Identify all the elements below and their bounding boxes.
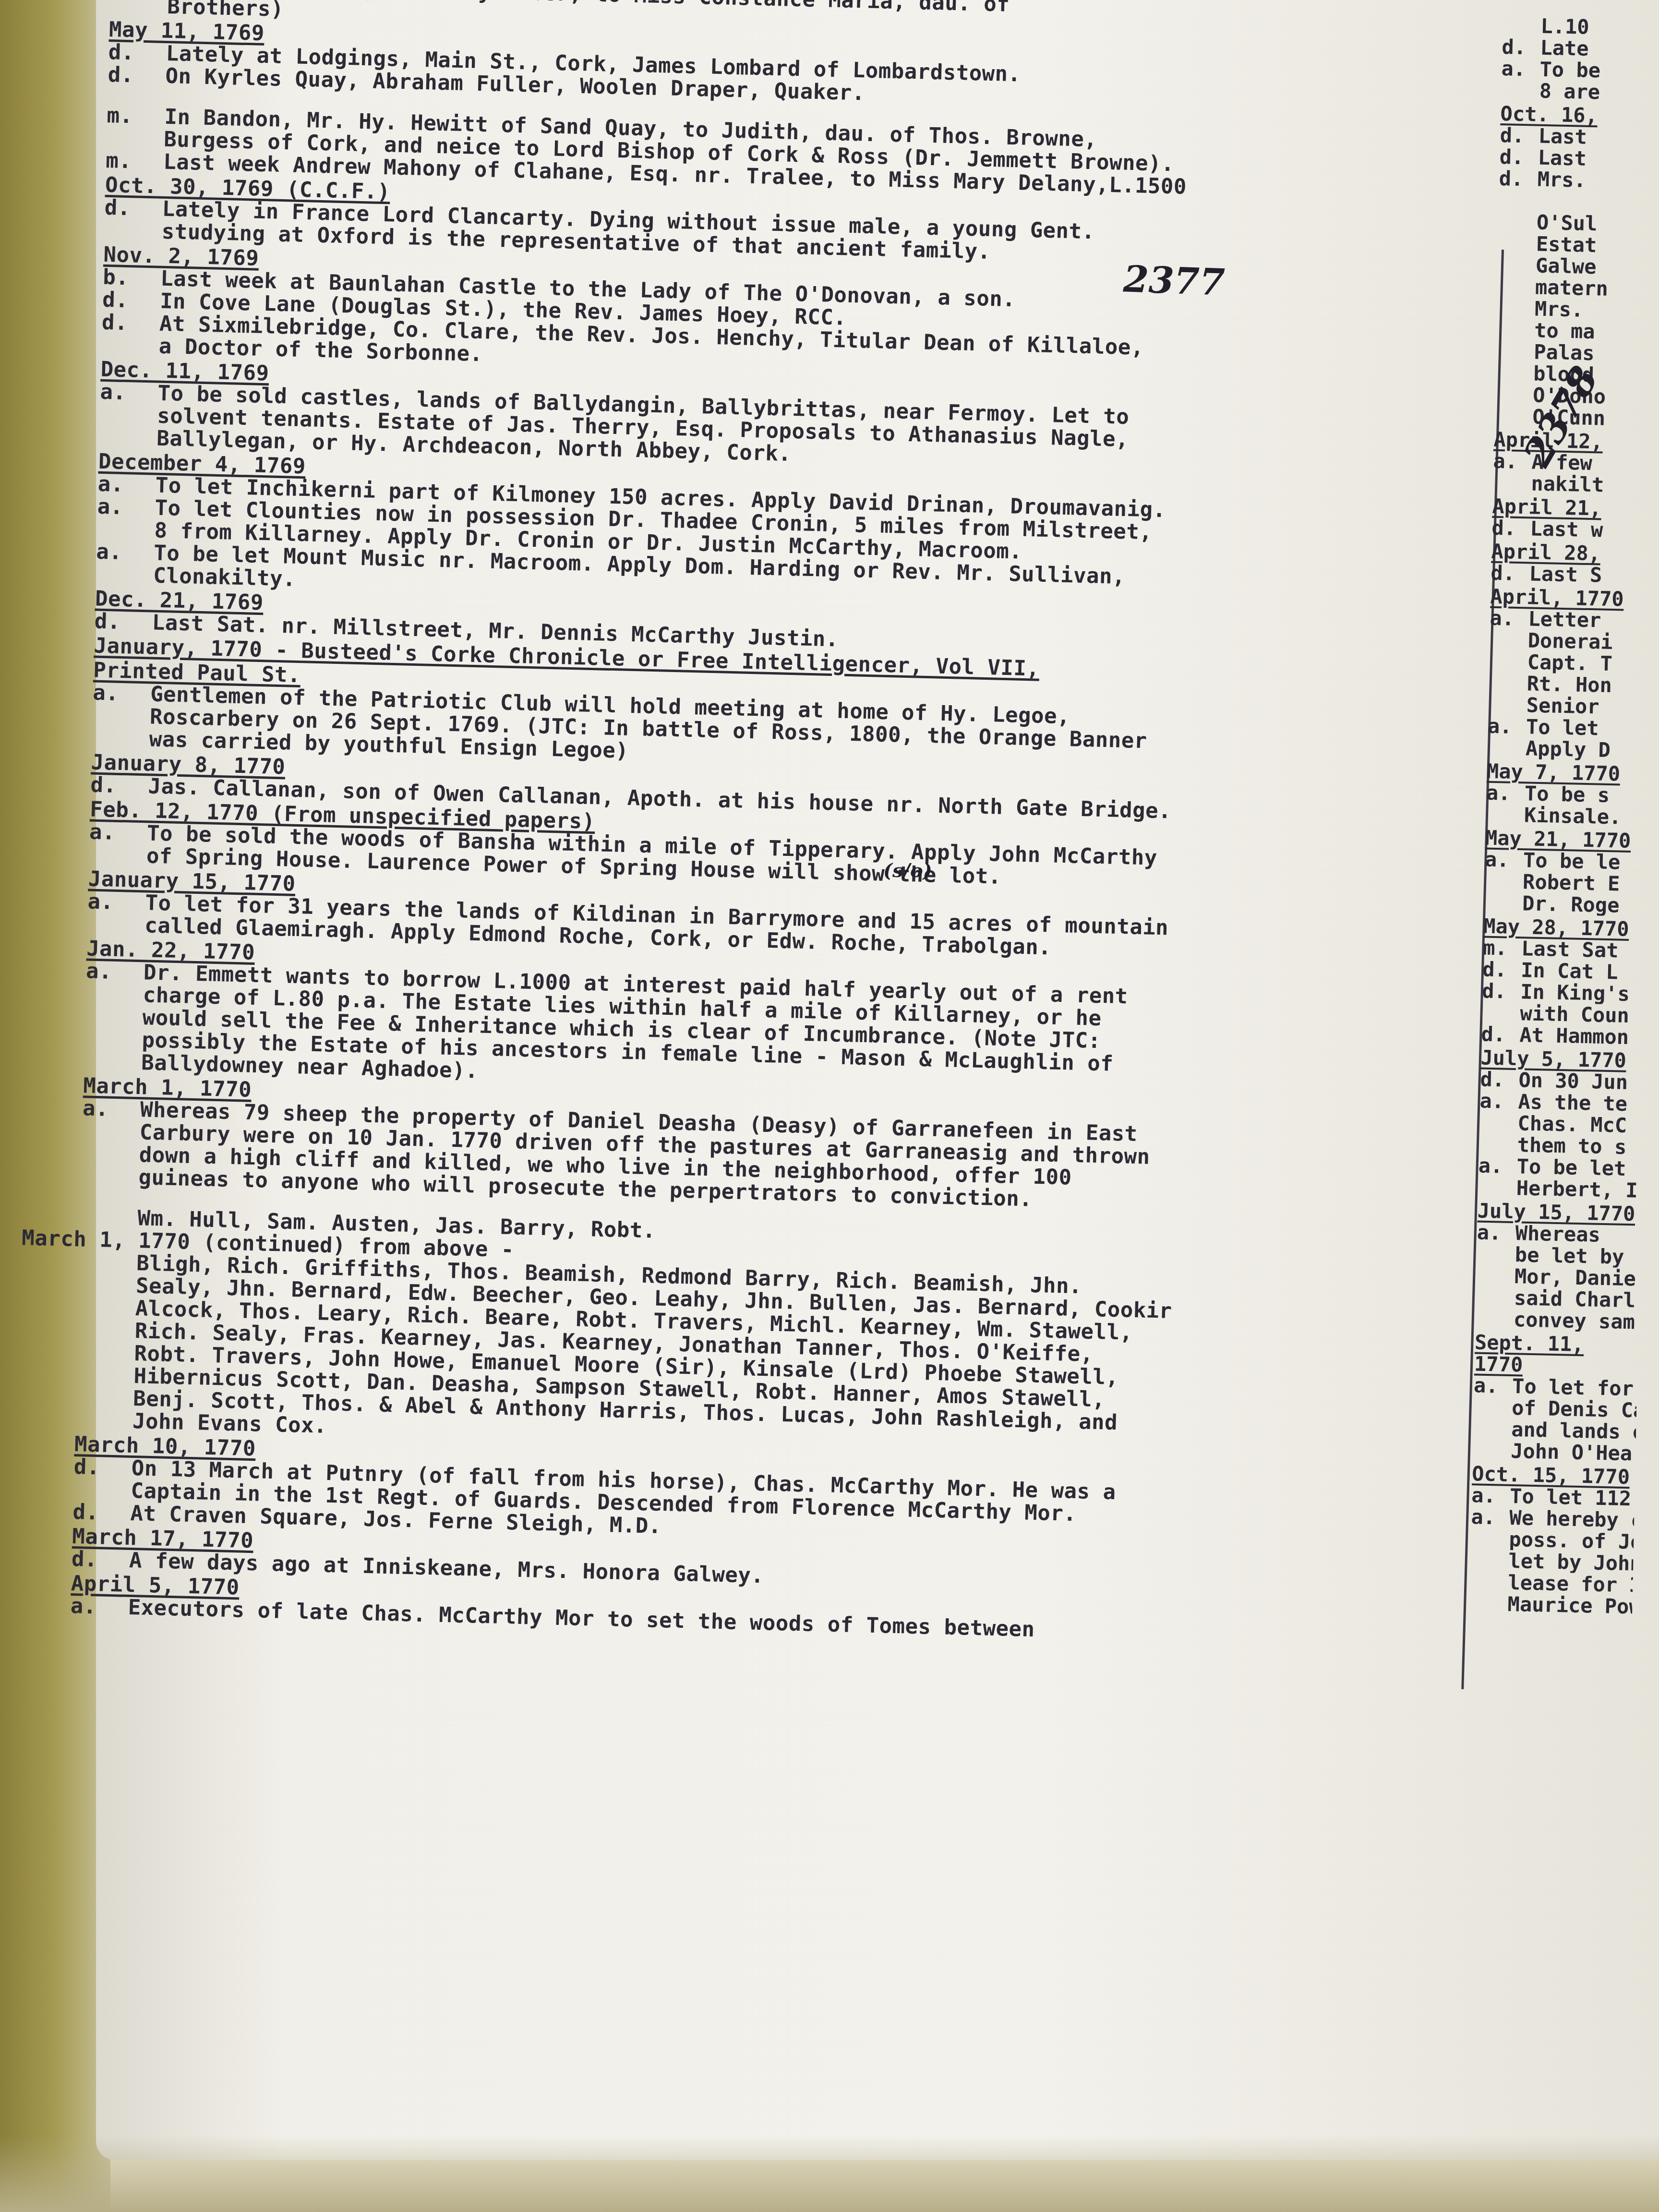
page-edge	[0, 2135, 1659, 2212]
entry-type-tag: a.	[100, 381, 158, 405]
entry-line: d.In Cat L	[1482, 959, 1646, 984]
entry-type-tag	[1494, 384, 1533, 406]
entry-line: a.Whereas	[1477, 1221, 1640, 1246]
entry-type-tag: d.	[94, 610, 152, 634]
entry-type-tag: a.	[96, 541, 154, 565]
entry-text: Robert E	[1523, 871, 1648, 895]
entry-line	[1498, 189, 1659, 214]
entry-text: To be s	[1525, 782, 1650, 806]
entry-type-tag: d.	[1502, 36, 1540, 59]
handwritten-annotation: (s/o)	[883, 859, 932, 882]
entry-line: Estat	[1498, 232, 1659, 257]
entry-line: be let by	[1476, 1243, 1640, 1268]
entry-text: with Coun	[1520, 1002, 1645, 1026]
entry-type-tag: d.	[1481, 1023, 1520, 1046]
entry-text: John O'Hea.	[1511, 1440, 1636, 1464]
main-column: Andrew Armstrong of Ballyoumber, to Miss…	[70, 0, 1492, 1651]
entry-text: them to s	[1517, 1134, 1642, 1158]
entry-type-tag	[1498, 211, 1537, 233]
entry-type-tag: d.	[72, 1548, 130, 1572]
entry-type-tag	[75, 1386, 133, 1410]
entry-type-tag: d.	[90, 774, 148, 798]
entry-text: of Denis Ca	[1512, 1397, 1637, 1421]
entry-type-tag	[1488, 672, 1527, 695]
entry-line: m.Last Sat	[1483, 937, 1647, 962]
entry-type-tag: d.	[1480, 1069, 1519, 1091]
entry-type-tag: a.	[83, 1097, 141, 1121]
entry-type-tag	[91, 727, 149, 751]
entry-type-tag: d.	[1499, 146, 1538, 168]
entry-text: To let	[1526, 716, 1651, 740]
entry-text: Last Sat	[1521, 938, 1647, 962]
entry-text: To be let	[1516, 1155, 1642, 1179]
entry-line: matern	[1497, 276, 1659, 301]
entry-type-tag: m.	[106, 149, 164, 173]
entry-type-tag	[1489, 629, 1528, 651]
entry-text: Maurice Powe	[1507, 1593, 1633, 1617]
entry-type-tag: a.	[70, 1595, 128, 1619]
entry-line: Apply D	[1487, 737, 1651, 762]
entry-text: Palas	[1534, 341, 1659, 365]
entry-text: be let by	[1515, 1244, 1640, 1268]
entry-type-tag	[104, 219, 162, 243]
entry-type-tag	[92, 704, 150, 728]
entry-line: said Charl	[1476, 1286, 1639, 1311]
entry-type-tag: d.	[72, 1501, 131, 1525]
entry-text: On 30 Jun	[1518, 1069, 1644, 1093]
entry-type-tag	[76, 1363, 134, 1387]
entry-line: Herbert, I	[1478, 1176, 1641, 1201]
entry-type-tag	[81, 1165, 139, 1189]
entry-text: let by John	[1508, 1550, 1634, 1574]
handwritten-page-number: 2377	[1123, 257, 1226, 303]
entry-line: to ma	[1496, 319, 1659, 344]
entry-line: d.On 30 Jun	[1480, 1069, 1644, 1094]
entry-type-tag	[76, 1341, 134, 1365]
entry-type-tag: d.	[102, 289, 160, 313]
entry-line: John O'Hea.	[1472, 1439, 1636, 1464]
entry-type-tag	[77, 1296, 135, 1320]
entry-type-tag	[99, 426, 157, 450]
entry-type-tag	[1473, 1418, 1512, 1440]
entry-line: d.Last S	[1491, 562, 1654, 587]
entry-type-tag	[1475, 1308, 1514, 1330]
entry-line: Donerai	[1489, 629, 1653, 654]
entry-text: Last	[1538, 147, 1659, 171]
entry-text: L.10	[1540, 15, 1659, 39]
entry-type-tag: a.	[86, 960, 144, 984]
entry-type-tag	[1489, 650, 1527, 673]
entry-type-tag	[1494, 405, 1533, 428]
entry-type-tag	[101, 334, 159, 358]
entry-type-tag	[1473, 1396, 1512, 1419]
entry-type-tag: a.	[1478, 1154, 1517, 1177]
entry-type-tag	[1496, 319, 1535, 341]
entry-type-tag	[1476, 1264, 1515, 1287]
entry-line: d.In King's	[1482, 980, 1646, 1005]
entry-text: and lands o	[1511, 1419, 1636, 1443]
entry-type-tag: d.	[102, 311, 160, 335]
entry-type-tag	[77, 1318, 135, 1342]
entry-type-tag	[99, 403, 157, 427]
entry-text: As the te	[1518, 1091, 1643, 1115]
entry-type-tag: a.	[97, 473, 156, 497]
entry-type-tag	[1498, 232, 1537, 255]
entry-text: To be	[1539, 59, 1659, 83]
entry: Wm. Hull, Sam. Austen, Jas. Barry, Robt.…	[75, 1205, 1463, 1465]
entry-text: 8 are	[1539, 80, 1659, 104]
entry-text: matern	[1535, 276, 1659, 301]
entry-text	[1537, 190, 1659, 214]
entry-text: To be le	[1523, 849, 1648, 873]
entry-type-tag	[1470, 1527, 1509, 1550]
entry-type-tag	[1486, 804, 1525, 826]
entry-type-tag	[1469, 1571, 1508, 1593]
entry-text: To let 112	[1510, 1485, 1635, 1509]
entry-type-tag	[1488, 694, 1527, 716]
entry-text: Mrs.	[1537, 168, 1659, 192]
entry-line: d.Mrs.	[1499, 168, 1659, 192]
entry-text: Galwe	[1536, 255, 1659, 279]
entry-type-tag	[1479, 1133, 1517, 1155]
entry-type-tag	[80, 1205, 138, 1229]
entry-type-tag	[85, 982, 143, 1006]
entry-text: said Charl	[1514, 1287, 1639, 1311]
entry-line: a.We hereby c	[1471, 1506, 1635, 1531]
entry-line: of Denis Ca	[1473, 1396, 1637, 1421]
entry-text: to ma	[1534, 320, 1659, 344]
entry-type-tag	[1472, 1439, 1511, 1462]
entry-line: Palas	[1495, 340, 1659, 365]
entry-type-tag: a.	[1474, 1374, 1513, 1397]
entry-line: d.Last w	[1491, 517, 1655, 542]
entry-type-tag	[1497, 276, 1536, 298]
entry-type-tag: a.	[1487, 715, 1526, 738]
entry-line: Rt. Hon	[1488, 672, 1652, 697]
entry-line: poss. of Jo	[1470, 1527, 1634, 1552]
entry-line: d.At Hammon	[1481, 1023, 1645, 1048]
entry-type-tag: a.	[93, 682, 151, 706]
entry-text: To let for	[1512, 1375, 1637, 1399]
entry-type-tag: a.	[1485, 849, 1524, 871]
entry-text: In King's	[1520, 981, 1646, 1005]
entry-text: Mor, Danie	[1514, 1265, 1639, 1289]
entry-text: Senior	[1526, 694, 1651, 718]
entry-line: Dr. Roge	[1484, 892, 1647, 917]
entry-date: Oct. 16,	[1500, 103, 1598, 126]
entry-text: Estat	[1536, 233, 1659, 257]
entry-type-tag	[96, 518, 155, 542]
entry-type-tag: a.	[97, 495, 155, 519]
entry-type-tag	[87, 913, 145, 937]
entry-type-tag	[1476, 1286, 1515, 1309]
entry-line: convey sam	[1475, 1308, 1639, 1333]
entry-type-tag: a.	[1477, 1221, 1515, 1244]
entry-type-tag: d.	[104, 196, 162, 220]
entry-type-tag: d.	[1482, 959, 1521, 981]
entry-text: O'Sul	[1536, 212, 1659, 236]
entry-type-tag: d.	[1491, 562, 1529, 585]
entry-line: them to s	[1479, 1133, 1642, 1158]
entry-type-tag	[1495, 362, 1534, 385]
entry-type-tag	[1481, 1002, 1520, 1024]
entry-type-tag: d.	[108, 63, 166, 87]
entry-type-tag: d.	[1500, 124, 1539, 147]
entry-text: Mrs.	[1535, 298, 1659, 322]
entry-line: a.Letter	[1490, 607, 1653, 632]
entry-text: Last w	[1530, 517, 1655, 541]
entry-line: Maurice Powe	[1469, 1592, 1633, 1617]
entry-text: Rt. Hon	[1527, 673, 1652, 697]
entry-type-tag: m.	[1483, 937, 1522, 960]
entry-type-tag	[81, 1142, 139, 1166]
entry-type-tag	[84, 1005, 143, 1029]
entry-line: Robert E	[1484, 870, 1648, 895]
entry-line: and lands o	[1473, 1418, 1636, 1443]
entry-line: a.To be let	[1478, 1154, 1642, 1179]
entry-type-tag	[82, 1119, 140, 1143]
entry-text: Kinsale.	[1524, 804, 1649, 828]
entry-date: Sept. 11, 1770	[1474, 1331, 1638, 1378]
entry-type-tag	[1501, 79, 1539, 102]
entry-type-tag: a.	[1471, 1506, 1510, 1528]
entry-type-tag	[79, 1250, 137, 1274]
entry-line: Mrs.	[1496, 297, 1659, 322]
entry-line: Senior	[1488, 694, 1651, 719]
entry-line: Mor, Danie	[1476, 1264, 1640, 1289]
entry-line: lease for 31	[1469, 1571, 1633, 1596]
entry-type-tag	[1470, 1549, 1509, 1572]
entry-type-tag	[1502, 14, 1541, 37]
entry-type-tag: d.	[108, 41, 166, 65]
entry-line: a.As the te	[1479, 1090, 1643, 1115]
entry-text: nakilt	[1531, 472, 1656, 496]
entry-text: Chas. McC	[1517, 1112, 1643, 1136]
entry-type-tag: b.	[103, 266, 161, 290]
entry-type-tag	[1496, 297, 1535, 320]
entry-type-tag: a.	[1471, 1484, 1510, 1507]
entry-line: a.To be	[1501, 58, 1659, 83]
entry-text: Dr. Roge	[1522, 892, 1647, 916]
entry-type-tag	[1476, 1243, 1515, 1265]
entry-type-tag	[1487, 737, 1526, 759]
entry-line: nakilt	[1492, 472, 1656, 497]
entry-text: poss. of Jo	[1509, 1528, 1634, 1552]
entry-text: Whereas	[1515, 1222, 1640, 1246]
entry-type-tag: a.	[1486, 782, 1525, 805]
entry-line: Chas. McC	[1479, 1111, 1643, 1136]
entry-text: At Hammon	[1519, 1024, 1645, 1048]
entry-type-tag: a.	[1501, 58, 1540, 80]
entry-line: Kinsale.	[1486, 804, 1649, 829]
side-column: L.10d.Latea.To be8 areOct. 16,d.Lastd.La…	[1469, 14, 1659, 1617]
entry-text: We hereby c	[1509, 1507, 1635, 1531]
entry-type-tag	[84, 1050, 142, 1074]
entry-type-tag: d.	[1499, 168, 1538, 190]
entry-line: O'Sul	[1498, 211, 1659, 236]
entry-line: a.To be le	[1485, 849, 1648, 874]
entry-text: Late	[1540, 37, 1659, 61]
entry-type-tag	[1497, 254, 1536, 276]
entry-text: Last	[1538, 125, 1659, 149]
entry-type-tag	[1469, 1592, 1508, 1615]
entry-type-tag	[1492, 472, 1531, 494]
entry-line: 8 are	[1501, 79, 1659, 104]
entry-type-tag	[88, 843, 146, 867]
entry-type-tag	[84, 1027, 142, 1051]
entry-line: Galwe	[1497, 254, 1659, 279]
entry-type-tag	[109, 0, 168, 18]
entry-type-tag: m.	[107, 104, 165, 128]
entry-type-tag: d.	[1482, 980, 1521, 1003]
entry-type-tag	[75, 1408, 133, 1432]
entry-date: April 21,	[1492, 495, 1601, 519]
entry-type-tag	[106, 127, 164, 151]
entry-type-tag	[96, 563, 154, 587]
entry-text: lease for 31	[1508, 1572, 1633, 1596]
entry-text: Letter	[1528, 608, 1653, 632]
entry-type-tag	[1495, 340, 1534, 363]
entry-text: In Cat L	[1521, 959, 1646, 983]
entry-type-tag	[1484, 892, 1523, 914]
entry-type-tag	[1498, 189, 1537, 212]
entry-type-tag	[73, 1478, 131, 1502]
entry-line: a.A few	[1493, 450, 1657, 475]
entry-type-tag	[1484, 870, 1523, 893]
entry-text: Last S	[1529, 563, 1654, 587]
entry-type-tag: a.	[87, 890, 145, 914]
entry-type-tag	[1478, 1176, 1516, 1199]
entry-line: with Coun	[1481, 1002, 1645, 1027]
entry-text: Donerai	[1527, 629, 1653, 653]
entry-type-tag: d.	[73, 1455, 132, 1479]
entry-line: a.To be s	[1486, 782, 1650, 807]
entry-type-tag: a.	[1490, 607, 1528, 630]
entry-type-tag: a.	[1479, 1090, 1518, 1113]
entry-text: convey sam	[1514, 1309, 1639, 1333]
entry-text: Herbert, I	[1516, 1177, 1641, 1201]
entry-line: Capt. T	[1489, 650, 1652, 675]
entry-type-tag: a.	[89, 820, 147, 844]
entry-text: Apply D	[1526, 737, 1651, 761]
entry-line: let by John	[1470, 1549, 1634, 1574]
entry-type-tag: d.	[1491, 517, 1530, 540]
entry-date: April 28,	[1491, 541, 1600, 565]
entry-line: a.To let 112	[1471, 1484, 1635, 1509]
entry-type-tag	[1479, 1111, 1518, 1134]
entry-text: Capt. T	[1527, 651, 1652, 675]
entry-line: a.To let for	[1474, 1374, 1637, 1399]
entry-type-tag	[78, 1273, 136, 1297]
entry-line: a.To let	[1487, 715, 1651, 740]
